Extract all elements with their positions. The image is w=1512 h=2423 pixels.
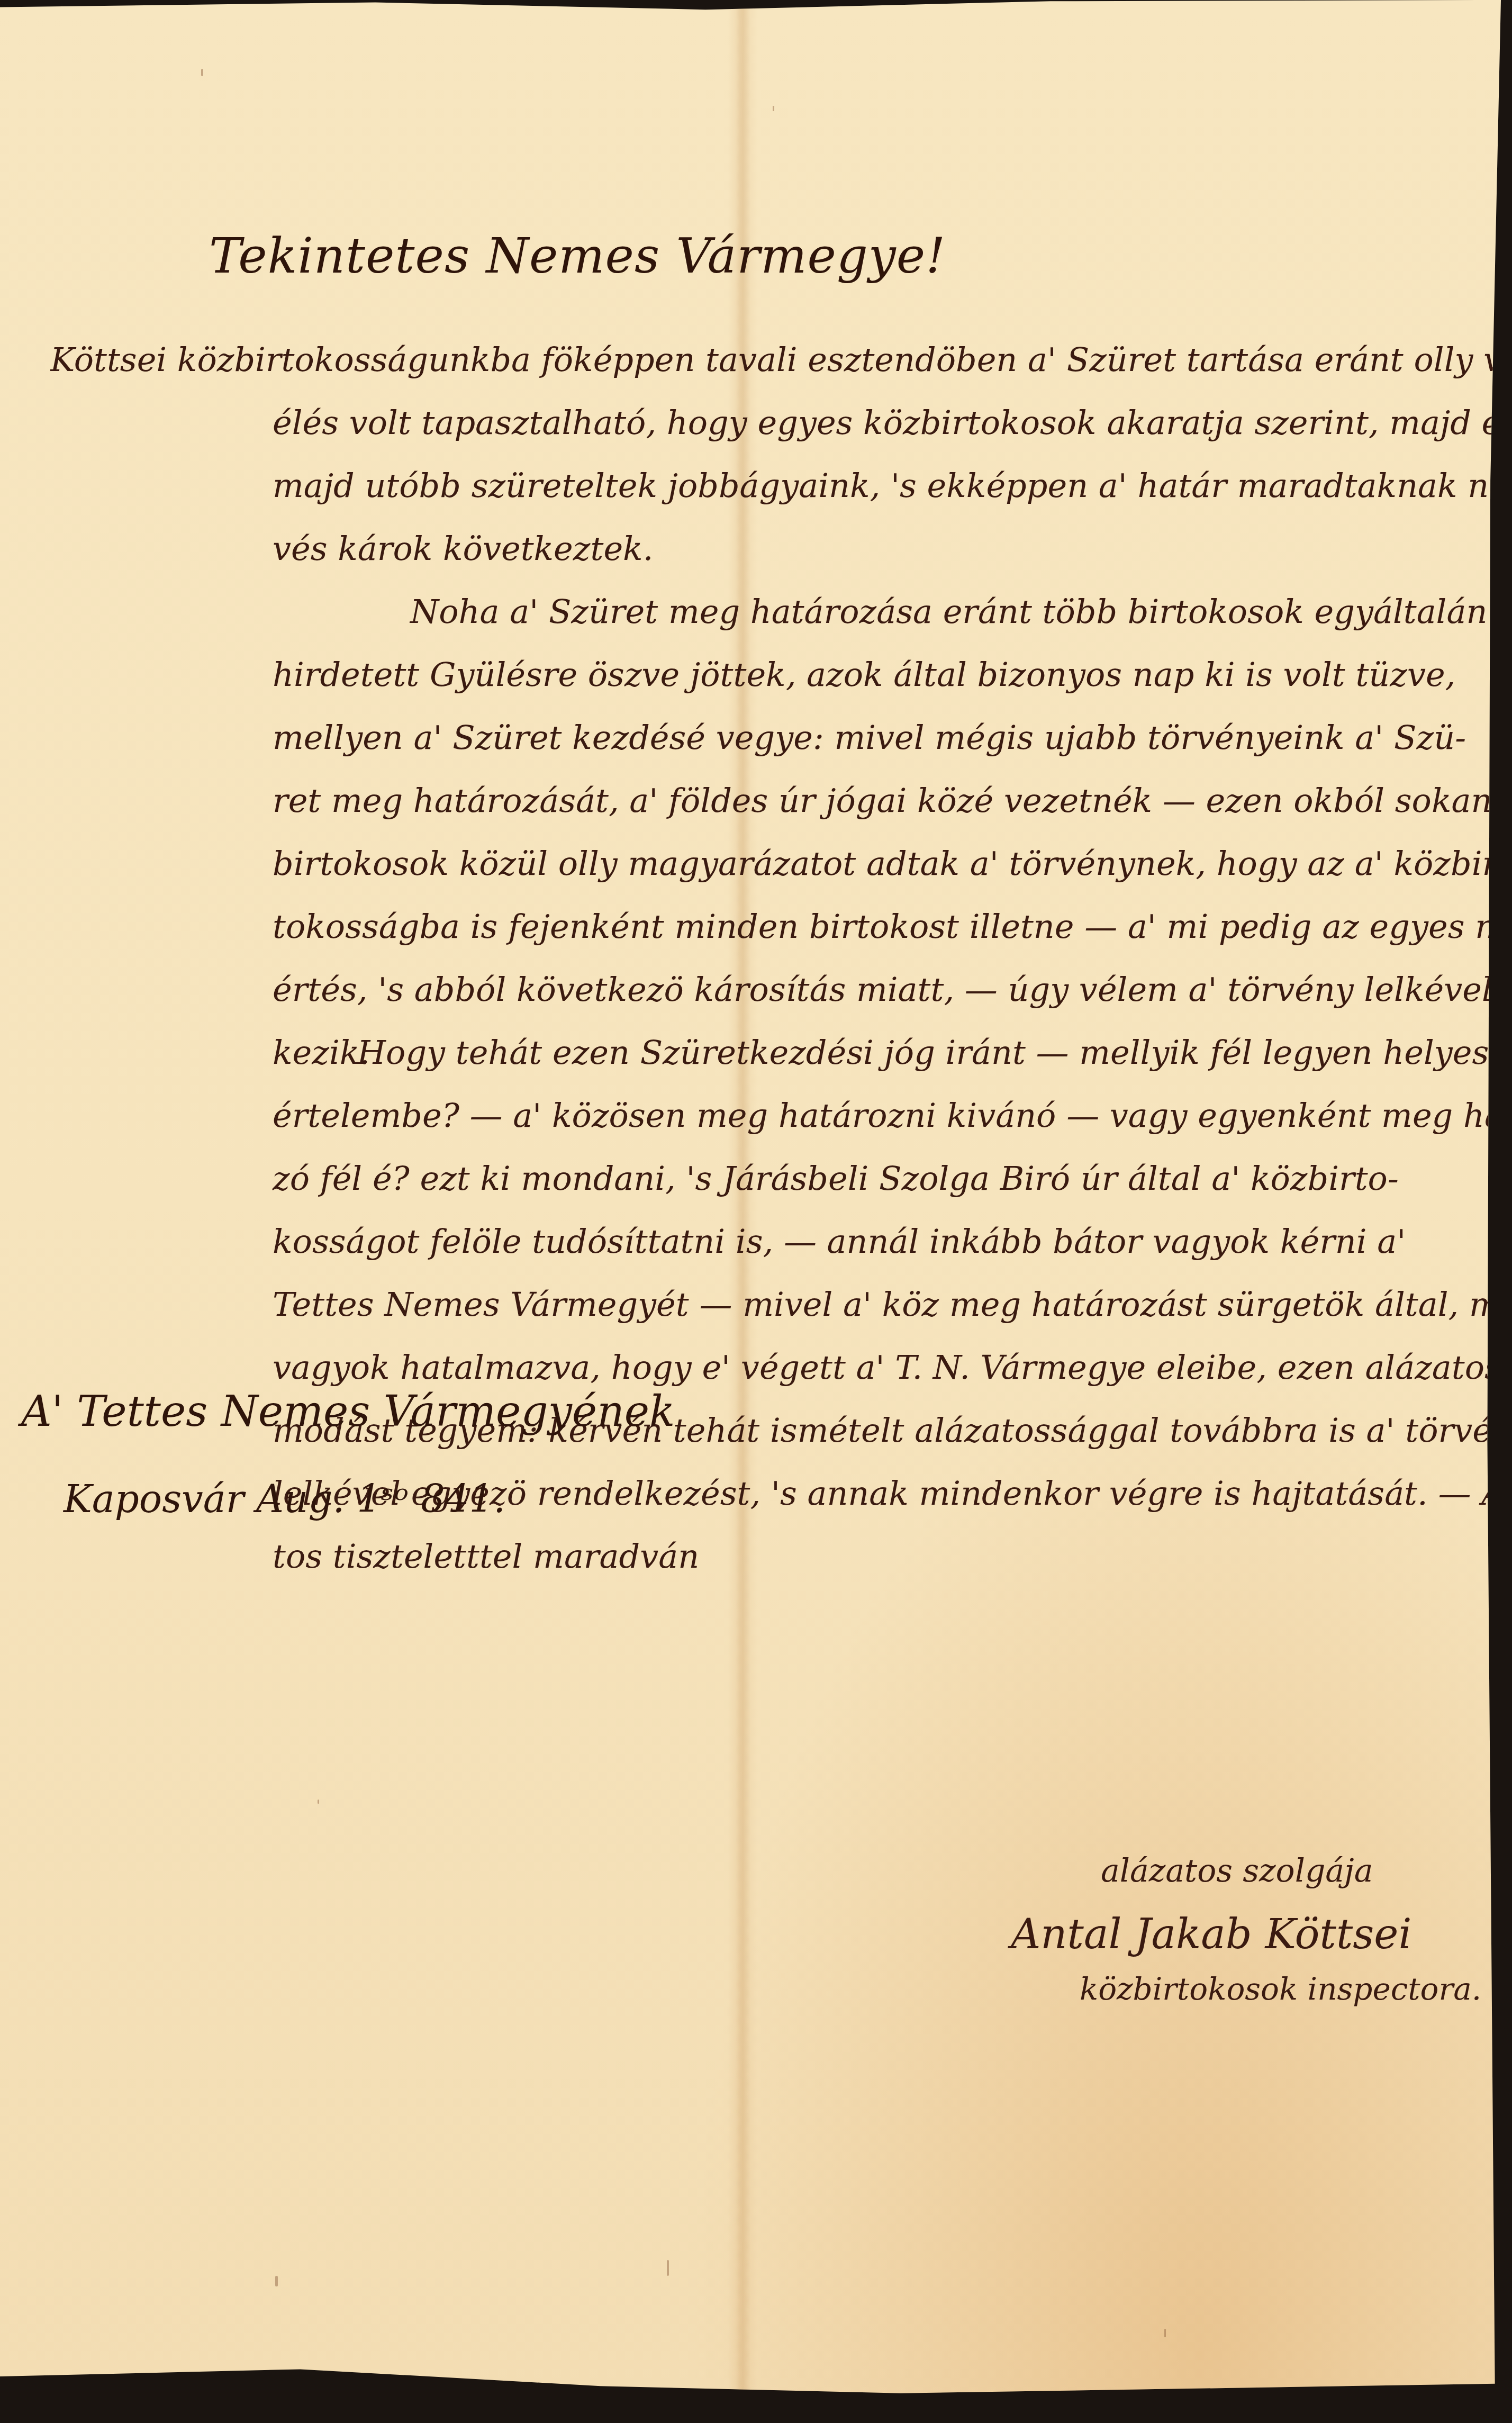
paper-speck (275, 2276, 278, 2286)
body-line: élés volt tapasztalható, hogy egyes közb… (50, 391, 1500, 454)
signature-name: Antal Jakab Köttsei (995, 1911, 1481, 1958)
closing-address: A' Tettes Nemes Vármegyének (21, 1387, 675, 1436)
body-line: birtokosok közül olly magyarázatot adtak… (50, 832, 1500, 895)
paper-speck (318, 1800, 319, 1804)
signature-block: alázatos szolgája Antal Jakab Köttsei kö… (995, 1852, 1481, 2007)
body-line: majd utóbb szüreteltek jobbágyaink, 's e… (50, 454, 1500, 517)
body-line: hirdetett Gyülésre öszve jöttek, azok ál… (50, 643, 1500, 706)
signature-title: közbirtokosok inspectora. (995, 1971, 1481, 2007)
body-line: értelembe? — a' közösen meg határozni ki… (50, 1084, 1500, 1147)
body-line: vés károk következtek. (50, 517, 1500, 580)
body-line: mellyen a' Szüret kezdésé vegye: mivel m… (50, 706, 1500, 769)
body-line: tokosságba is fejenként minden birtokost… (50, 895, 1500, 958)
body-line: értés, 's abból következö károsítás miat… (50, 958, 1500, 1021)
paper-speck (773, 106, 774, 111)
body-line: Köttsei közbirtokosságunkba föképpen tav… (50, 328, 1500, 391)
place: Kaposvár (64, 1477, 244, 1521)
body-line: Hogy tehát ezen Szüretkezdési jóg iránt … (50, 1021, 1500, 1084)
place-date: Kaposvár Aug. 1ˢᵒ 841. (64, 1477, 505, 1521)
body-line: zó fél é? ezt ki mondani, 's Járásbeli S… (50, 1147, 1500, 1210)
letter-page: Tekintetes Nemes Vármegye! Köttsei közbi… (0, 0, 1501, 2403)
body-line: Tettes Nemes Vármegyét — mivel a' köz me… (50, 1273, 1500, 1336)
body-line: ret meg határozását, a' földes úr jógai … (50, 769, 1500, 832)
paper-speck (1164, 2329, 1166, 2337)
signature-valediction: alázatos szolgája (995, 1852, 1481, 1889)
salutation: Tekintetes Nemes Vármegye! (209, 228, 946, 284)
body-line: kosságot felöle tudósíttatni is, — annál… (50, 1210, 1500, 1273)
body-line: tos tiszteletttel maradván (50, 1525, 1500, 1588)
date: Aug. 1ˢᵒ 841. (256, 1477, 505, 1521)
paper-speck (201, 69, 203, 76)
paper-speck (667, 2260, 669, 2276)
body-line: Noha a' Szüret meg határozása eránt több… (50, 580, 1500, 643)
